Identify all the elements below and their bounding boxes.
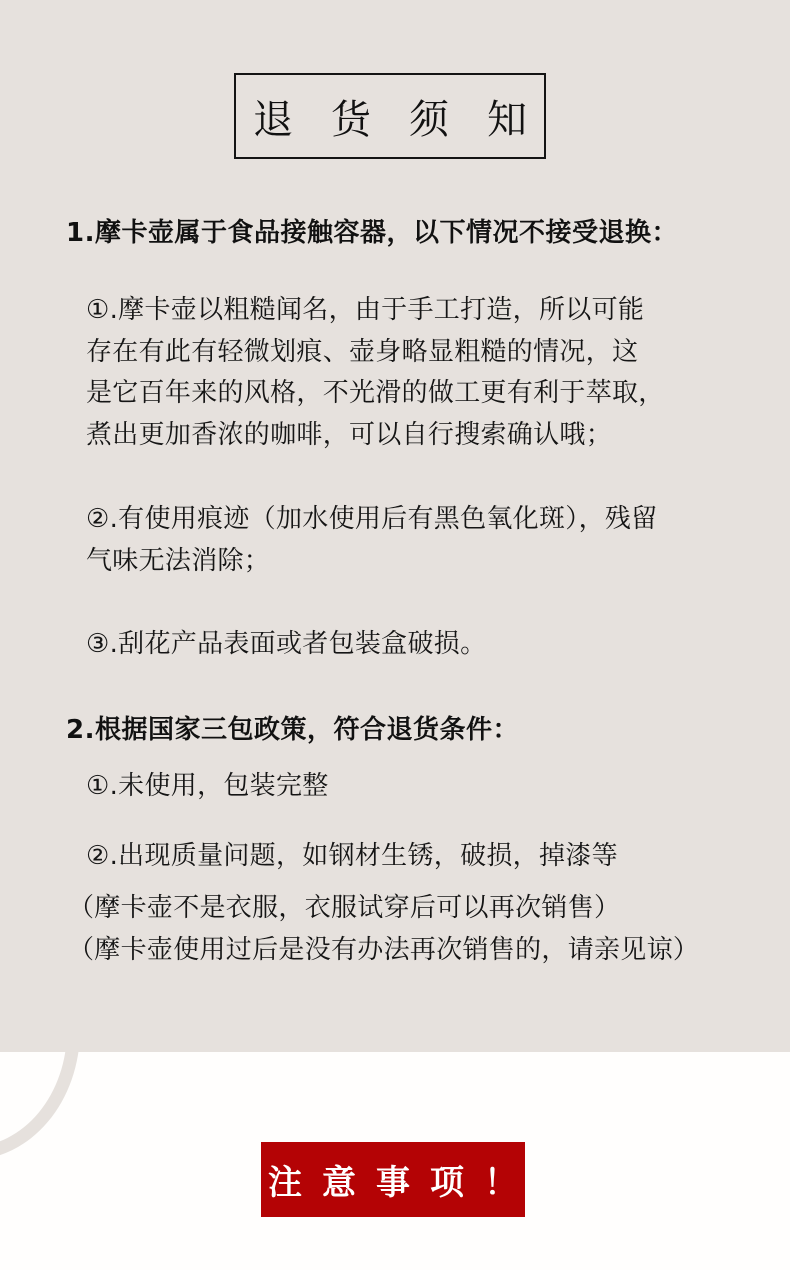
text-line: ①.未使用，包装完整 xyxy=(86,766,329,808)
note-line: （摩卡壶不是衣服，衣服试穿后可以再次销售） xyxy=(68,888,699,930)
text-line: ①.摩卡壶以粗糙闻名，由于手工打造，所以可能 xyxy=(86,290,665,332)
section1-item-2: ②.有使用痕迹（加水使用后有黑色氧化斑），残留 气味无法消除； xyxy=(86,499,657,582)
section2-notes: （摩卡壶不是衣服，衣服试穿后可以再次销售） （摩卡壶使用过后是没有办法再次销售的… xyxy=(68,888,699,971)
note-line: （摩卡壶使用过后是没有办法再次销售的，请亲见谅） xyxy=(68,930,699,972)
text-line: ②.出现质量问题，如钢材生锈，破损，掉漆等 xyxy=(86,836,618,878)
section1-heading: 1.摩卡壶属于食品接触容器，以下情况不接受退换： xyxy=(66,212,678,249)
section2-item-1: ①.未使用，包装完整 xyxy=(86,766,329,808)
section2-heading: 2.根据国家三包政策，符合退货条件： xyxy=(66,709,519,746)
section1-item-1: ①.摩卡壶以粗糙闻名，由于手工打造，所以可能 存在有此有轻微划痕、壶身略显粗糙的… xyxy=(86,290,665,456)
section2-item-2: ②.出现质量问题，如钢材生锈，破损，掉漆等 xyxy=(86,836,618,878)
notice-banner: 注意事项！ xyxy=(261,1142,525,1217)
text-line: 是它百年来的风格，不光滑的做工更有利于萃取， xyxy=(86,373,665,415)
text-line: ③.刮花产品表面或者包装盒破损。 xyxy=(86,624,486,666)
banner-label: 注意事项！ xyxy=(268,1155,538,1204)
section1-item-3: ③.刮花产品表面或者包装盒破损。 xyxy=(86,624,486,666)
page-title: 退货须知 xyxy=(253,88,565,145)
title-box: 退货须知 xyxy=(234,73,546,159)
text-line: 气味无法消除； xyxy=(86,541,657,583)
text-line: ②.有使用痕迹（加水使用后有黑色氧化斑），残留 xyxy=(86,499,657,541)
text-line: 存在有此有轻微划痕、壶身略显粗糙的情况，这 xyxy=(86,332,665,374)
text-line: 煮出更加香浓的咖啡，可以自行搜索确认哦； xyxy=(86,415,665,457)
